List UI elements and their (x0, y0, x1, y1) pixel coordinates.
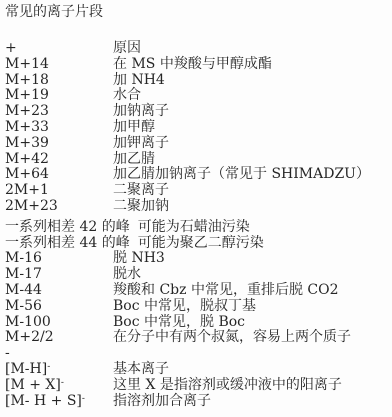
reason-cell: 可能为聚乙二醇污染 (138, 236, 264, 252)
reason-cell: 加甲醇 (113, 120, 155, 136)
page-title: 常见的离子片段 (5, 4, 388, 20)
ion-cell: [M- H + S]- (5, 394, 113, 410)
reason-cell: 在 MS 中羧酸与甲醇成酯 (113, 57, 272, 73)
ion-cell: M+14 (5, 57, 113, 73)
table-row: 2M+1二聚离子 (5, 183, 388, 199)
reason-cell: 二聚离子 (113, 183, 169, 199)
ion-cell: 2M+1 (5, 183, 113, 199)
ion-cell: M+2/2 (5, 330, 113, 346)
reason-cell: 加乙腈 (113, 152, 155, 168)
table-row: M-16脱 NH3 (5, 251, 388, 267)
ion-cell: 一系列相差 44 的峰 (5, 236, 138, 252)
ion-cell: M+18 (5, 73, 113, 89)
table-row: [M-H]-基本离子 (5, 362, 388, 378)
charge-superscript: - (47, 362, 50, 372)
table-row: M+64加乙腈加钠离子（常见于 SHIMADZU） (5, 167, 388, 183)
reason-cell: 可能为石蜡油污染 (138, 220, 250, 236)
ion-cell: [M + X]- (5, 378, 113, 394)
charge-superscript: - (61, 378, 64, 388)
ion-cell: - (5, 346, 113, 362)
table-row: M+39加钾离子 (5, 136, 388, 152)
table-row: M-100Boc 中常见，脱 Boc (5, 315, 388, 331)
ion-cell: 一系列相差 42 的峰 (5, 220, 138, 236)
reason-cell: 基本离子 (113, 362, 169, 378)
document: 常见的离子片段 +原因M+14在 MS 中羧酸与甲醇成酯M+18加 NH4M+1… (0, 0, 392, 409)
ion-cell: M+42 (5, 152, 113, 168)
table-row: 一系列相差 44 的峰可能为聚乙二醇污染 (5, 236, 388, 252)
reason-cell: 羧酸和 Cbz 中常见，重排后脱 CO2 (113, 283, 339, 299)
ion-cell: M-44 (5, 283, 113, 299)
reason-cell: 这里 X 是指溶剂或缓冲液中的阳离子 (113, 378, 342, 394)
reason-cell: 二聚加钠 (113, 199, 169, 215)
table-row: 2M+23二聚加钠 (5, 199, 388, 215)
ion-cell: M-17 (5, 267, 113, 283)
ion-cell: M-56 (5, 299, 113, 315)
reason-cell: Boc 中常见，脱 Boc (113, 315, 245, 331)
table-row: [M- H + S]-指溶剂加合离子 (5, 394, 388, 410)
reason-cell: 脱 NH3 (113, 251, 165, 267)
table-row: M-17脱水 (5, 267, 388, 283)
ion-cell: M+19 (5, 88, 113, 104)
ion-fragment-table: +原因M+14在 MS 中羧酸与甲醇成酯M+18加 NH4M+19水合M+23加… (5, 41, 388, 409)
ion-cell: [M-H]- (5, 362, 113, 378)
reason-cell: 脱水 (113, 267, 141, 283)
reason-cell: 原因 (113, 41, 141, 57)
table-row: M+19水合 (5, 88, 388, 104)
table-row: [M + X]-这里 X 是指溶剂或缓冲液中的阳离子 (5, 378, 388, 394)
ion-cell: M+23 (5, 104, 113, 120)
table-row: M+23加钠离子 (5, 104, 388, 120)
table-row: M-56Boc 中常见，脱叔丁基 (5, 299, 388, 315)
reason-cell: 加乙腈加钠离子（常见于 SHIMADZU） (113, 167, 370, 183)
reason-cell: 指溶剂加合离子 (113, 394, 211, 410)
charge-superscript: - (82, 394, 85, 404)
ion-cell: M-16 (5, 251, 113, 267)
reason-cell: 水合 (113, 88, 141, 104)
reason-cell: 加钾离子 (113, 136, 169, 152)
table-row: +原因 (5, 41, 388, 57)
table-row: M+33加甲醇 (5, 120, 388, 136)
ion-cell: M+64 (5, 167, 113, 183)
table-row: M+42加乙腈 (5, 152, 388, 168)
table-row: M+18加 NH4 (5, 73, 388, 89)
ion-cell: 2M+23 (5, 199, 113, 215)
reason-cell: 在分子中有两个叔氮，容易上两个质子 (113, 330, 351, 346)
reason-cell: Boc 中常见，脱叔丁基 (113, 299, 256, 315)
table-row: - (5, 346, 388, 362)
ion-cell: M+33 (5, 120, 113, 136)
table-row: 一系列相差 42 的峰可能为石蜡油污染 (5, 220, 388, 236)
table-row: M+14在 MS 中羧酸与甲醇成酯 (5, 57, 388, 73)
ion-cell: + (5, 41, 113, 57)
ion-cell: M-100 (5, 315, 113, 331)
table-row: M-44羧酸和 Cbz 中常见，重排后脱 CO2 (5, 283, 388, 299)
reason-cell: 加钠离子 (113, 104, 169, 120)
table-row: M+2/2在分子中有两个叔氮，容易上两个质子 (5, 330, 388, 346)
ion-cell: M+39 (5, 136, 113, 152)
